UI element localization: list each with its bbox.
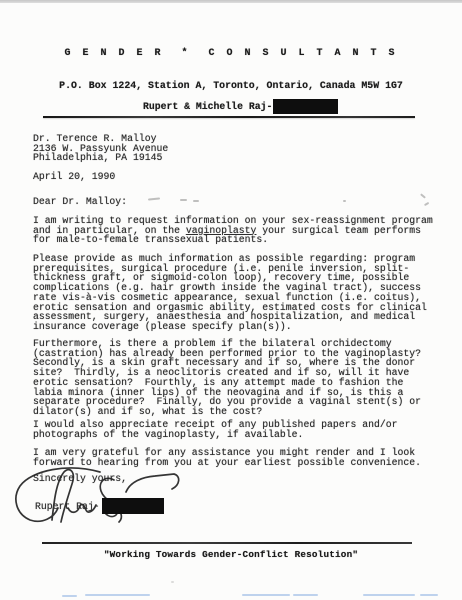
letterhead-rule (43, 116, 415, 118)
scan-artifact (62, 595, 77, 597)
paragraph-1: I am writing to request information on y… (33, 216, 433, 245)
scan-artifact (343, 200, 346, 202)
scan-artifact (242, 594, 290, 596)
scan-artifact (420, 193, 426, 198)
footer-rule (42, 542, 412, 544)
scan-artifact (193, 200, 199, 202)
scan-artifact (180, 199, 187, 201)
scan-artifact (171, 581, 174, 583)
salutation: Dear Dr. Malloy: (33, 197, 127, 207)
org-address: P.O. Box 1224, Station A, Toronto, Ontar… (0, 81, 462, 91)
signer-name: Rupert Raj- (35, 501, 100, 512)
handwritten-signature (8, 458, 188, 530)
redaction-box (273, 99, 338, 114)
scan-artifact (363, 594, 415, 596)
footer-tagline: "Working Towards Gender-Conflict Resolut… (0, 550, 462, 560)
signer-line: Rupert Raj- (35, 498, 164, 514)
paragraph-2: Please provide as much information as po… (33, 254, 427, 332)
scan-artifact (85, 594, 150, 596)
letter-date: April 20, 1990 (33, 172, 115, 182)
org-name: G E N D E R * C O N S U L T A N T S (0, 49, 462, 59)
scan-artifact (420, 594, 438, 596)
recipient-city: Philadelphia, PA 19145 (33, 153, 162, 163)
scan-edge-artifact (0, 0, 462, 3)
paragraph-3: Furthermore, is there a problem if the b… (33, 339, 421, 417)
scan-artifact (148, 197, 160, 200)
redaction-box (102, 498, 164, 514)
org-contact-names: Rupert & Michelle Raj- (143, 101, 272, 112)
scanned-letter-page: G E N D E R * C O N S U L T A N T S P.O.… (0, 0, 462, 600)
paragraph-4: I would also appreciate receipt of any p… (33, 420, 398, 439)
scan-artifact (424, 202, 429, 206)
scan-artifact (293, 594, 318, 596)
org-contact-line: Rupert & Michelle Raj- (143, 98, 338, 114)
